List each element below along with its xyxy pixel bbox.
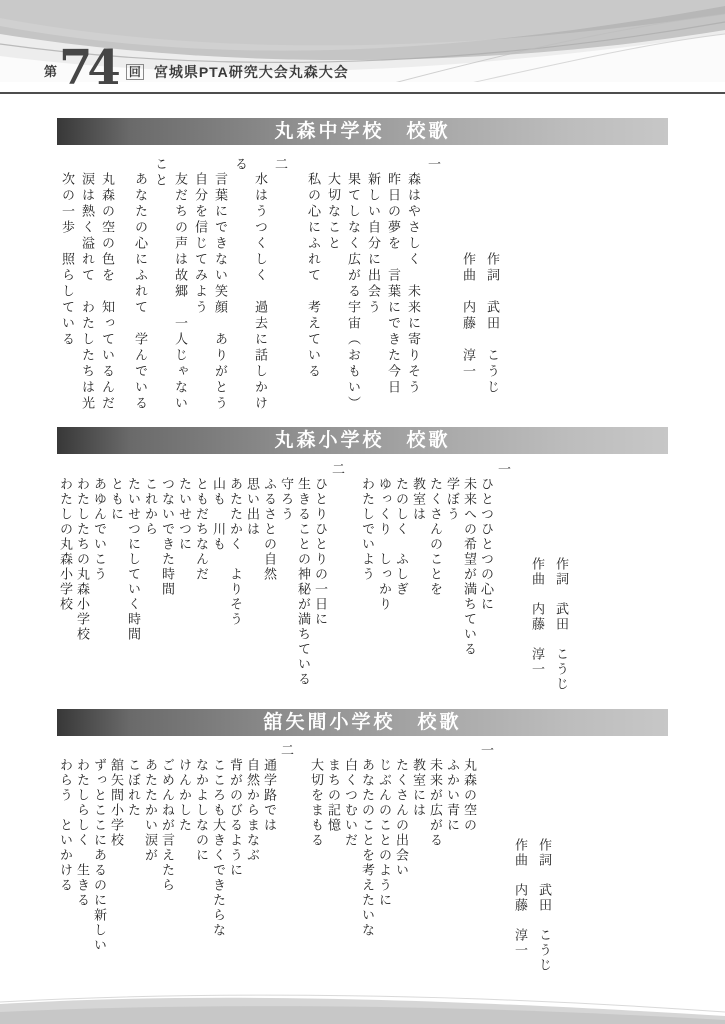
lyric-line: 大切なこと — [323, 157, 343, 419]
lyric-line: 背がのびるように — [227, 743, 244, 1000]
lyric-line: 私の心にふれて 考えている — [303, 157, 323, 419]
credit-line: 作詞 武田 こうじ — [532, 838, 556, 1000]
lyric-line: たくさんのことを — [427, 462, 444, 704]
verse: 一丸森の空のふかい青に未来が広がる教室にはたくさんの出会いじぶんのことのようにあ… — [308, 743, 495, 1000]
lyric-line: 言葉にできない笑顔 ありがとう — [210, 157, 230, 419]
header-prefix: 第 — [44, 61, 57, 80]
verse-number: 二 — [270, 157, 290, 419]
lyric-line: ふかい青に — [444, 743, 461, 1000]
songs: 丸森中学校 校歌 作詞 武田 こうじ作曲 内藤 淳一 一森はやさしく 未来に寄り… — [57, 118, 668, 1000]
lyric-line: わたしらしく 生きる — [74, 743, 91, 1000]
lyric-line: 教室は — [410, 462, 427, 704]
verse-number: 一 — [478, 743, 495, 1000]
header-edition-number: 74 — [59, 49, 116, 87]
lyric-line: こころも大きくできたらな — [210, 743, 227, 1000]
verse: 一ひとつひとつの心に未来への希望が満ちている学ぼうたくさんのことを教室はたのしく… — [359, 462, 512, 704]
song-lyrics: 作詞 武田 こうじ作曲 内藤 淳一 一森はやさしく 未来に寄りそう昨日の夢を 言… — [57, 157, 552, 419]
lyric-line: 学ぼう — [444, 462, 461, 704]
lyric-line: 舘矢間小学校 — [108, 743, 125, 1000]
lyric-line: ごめんねが言えたら — [159, 743, 176, 1000]
credit-line: 作曲 内藤 淳一 — [508, 838, 532, 1000]
bottom-decoration-band — [0, 992, 725, 1024]
lyric-line: 丸森の空の — [461, 743, 478, 1000]
lyric-line: つないできた時間 — [159, 462, 176, 704]
lyric-line: ともに — [108, 462, 125, 704]
lyric-line: 教室には — [410, 743, 427, 1000]
credit-line: 作詞 武田 こうじ — [549, 557, 573, 704]
top-decoration-band: 第 74 回 宮城県PTA研究大会丸森大会 — [0, 0, 725, 94]
lyric-line: ゆっくり しっかり — [376, 462, 393, 704]
lyric-line: 水はうつくしく 過去に話しかける — [230, 157, 270, 419]
program-page: 第 74 回 宮城県PTA研究大会丸森大会 丸森中学校 校歌 作詞 武田 こうじ… — [0, 0, 725, 1024]
lyric-line: 山も 川も — [210, 462, 227, 704]
verse: 二ひとりひとりの一日に生きることの神秘が満ちている守ろうふるさとの自然思い出はあ… — [57, 462, 346, 704]
verse-number: 一 — [495, 462, 512, 704]
lyric-line: 未来への希望が満ちている — [461, 462, 478, 704]
song-banner: 舘矢間小学校 校歌 — [57, 709, 668, 736]
lyric-line: わたしの丸森小学校 — [57, 462, 74, 704]
credit-line: 作詞 武田 こうじ — [480, 252, 504, 419]
lyric-line: なかよしなのに — [193, 743, 210, 1000]
lyric-line: 自然からまなぶ — [244, 743, 261, 1000]
lyric-line: 自分を信じてみよう — [190, 157, 210, 419]
lyric-line: あゆんでいこう — [91, 462, 108, 704]
lyric-line: 丸森の空の色を 知っているんだ — [97, 157, 117, 419]
event-title: 宮城県PTA研究大会丸森大会 — [154, 62, 349, 82]
verse: 二水はうつくしく 過去に話しかける言葉にできない笑顔 ありがとう自分を信じてみよ… — [130, 157, 290, 419]
lyric-line: 未来が広がる — [427, 743, 444, 1000]
lyric-line: じぶんのことのように — [376, 743, 393, 1000]
lyric-line: 大切をまもる — [308, 743, 325, 1000]
lyric-line: ひとつひとつの心に — [478, 462, 495, 704]
lyric-line: 通学路では — [261, 743, 278, 1000]
wave-graphic — [0, 992, 725, 1024]
song-banner: 丸森小学校 校歌 — [57, 427, 668, 454]
verse-number: 二 — [329, 462, 346, 704]
lyric-line: 次の一歩 照らしている — [57, 157, 77, 419]
lyric-line: たいせつにしていく時間 — [125, 462, 142, 704]
verse: 丸森の空の色を 知っているんだ涙は熱く溢れて わたしたちは光次の一歩 照らしてい… — [57, 157, 117, 419]
lyric-line: ひとりひとりの一日に — [312, 462, 329, 704]
lyric-line: 森はやさしく 未来に寄りそう — [403, 157, 423, 419]
lyric-line: わたしたちの丸森小学校 — [74, 462, 91, 704]
lyric-line: あなたのことを考えたいな — [359, 743, 376, 1000]
lyric-line: 思い出は — [244, 462, 261, 704]
verse-number: 一 — [423, 157, 443, 419]
song-section: 丸森小学校 校歌 作詞 武田 こうじ作曲 内藤 淳一 一ひとつひとつの心に未来へ… — [57, 427, 668, 704]
lyric-line: 友だちの声は故郷 一人じゃないこと — [150, 157, 190, 419]
lyric-line: わたしでいよう — [359, 462, 376, 704]
song-section: 舘矢間小学校 校歌 作詞 武田 こうじ作曲 内藤 淳一 一丸森の空のふかい青に未… — [57, 709, 668, 1000]
credit-line: 作曲 内藤 淳一 — [525, 557, 549, 704]
lyric-line: あたたかい涙が — [142, 743, 159, 1000]
lyric-line: ずっとここにあるのに新しい — [91, 743, 108, 1000]
lyric-line: 昨日の夢を 言葉にできた今日 — [383, 157, 403, 419]
song-lyrics: 作詞 武田 こうじ作曲 内藤 淳一 一丸森の空のふかい青に未来が広がる教室にはた… — [57, 743, 604, 1000]
verse: 一森はやさしく 未来に寄りそう昨日の夢を 言葉にできた今日新しい自分に出会う果て… — [303, 157, 443, 419]
lyric-line: まちの記憶 — [325, 743, 342, 1000]
song-credits: 作詞 武田 こうじ作曲 内藤 淳一 — [525, 462, 573, 704]
song-lyrics: 作詞 武田 こうじ作曲 内藤 淳一 一ひとつひとつの心に未来への希望が満ちている… — [57, 462, 621, 704]
lyric-line: あたたかく よりそう — [227, 462, 244, 704]
lyric-line: あなたの心にふれて 学んでいる — [130, 157, 150, 419]
lyric-line: けんかした — [176, 743, 193, 1000]
song-section: 丸森中学校 校歌 作詞 武田 こうじ作曲 内藤 淳一 一森はやさしく 未来に寄り… — [57, 118, 668, 419]
verse-number: 二 — [278, 743, 295, 1000]
verse: 二通学路では自然からまなぶ背がのびるようにこころも大きくできたらななかよしなのに… — [57, 743, 295, 1000]
song-credits: 作詞 武田 こうじ作曲 内藤 淳一 — [508, 743, 556, 1000]
lyric-line: 生きることの神秘が満ちている — [295, 462, 312, 704]
lyric-line: たのしく ふしぎ — [393, 462, 410, 704]
song-credits: 作詞 武田 こうじ作曲 内藤 淳一 — [456, 157, 504, 419]
lyric-line: 新しい自分に出会う — [363, 157, 383, 419]
event-header: 第 74 回 宮城県PTA研究大会丸森大会 — [44, 49, 349, 87]
lyric-line: 白くつむいだ — [342, 743, 359, 1000]
lyric-line: わらう といかける — [57, 743, 74, 1000]
lyric-line: これから — [142, 462, 159, 704]
lyric-line: ふるさとの自然 — [261, 462, 278, 704]
lyric-line: 涙は熱く溢れて わたしたちは光 — [77, 157, 97, 419]
lyric-line: こぼれた — [125, 743, 142, 1000]
lyric-line: たいせつに — [176, 462, 193, 704]
lyric-line: 果てしなく広がる宇宙（おもい） — [343, 157, 363, 419]
lyric-line: たくさんの出会い — [393, 743, 410, 1000]
lyric-line: ともだちなんだ — [193, 462, 210, 704]
credit-line: 作曲 内藤 淳一 — [456, 252, 480, 419]
lyric-line: 守ろう — [278, 462, 295, 704]
header-counter: 回 — [126, 64, 144, 80]
song-banner: 丸森中学校 校歌 — [57, 118, 668, 145]
